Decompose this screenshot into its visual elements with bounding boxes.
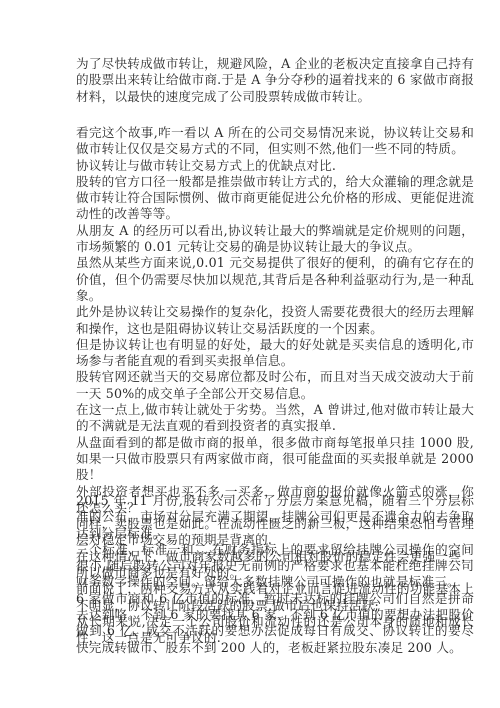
paragraph: 但是协议转让也有明显的好处，最大的好处就是买卖信息的透明化,市场参与者能直观的看…: [76, 337, 474, 370]
paragraph: 股转的官方口径一般都是推崇做市转让方式的，给大众灌输的理念就是做市转让符合国际惯…: [76, 174, 474, 223]
paragraph: 6 家做市商和 6 亿市值的标准，暂时未达标的挂牌公司们自然是拼命去达到咯。不到…: [76, 591, 474, 656]
paragraph: 三个标准，标准一和二,在财务指标上的要求留给挂牌公司操作的空间很小,随后股转公司…: [76, 542, 474, 591]
paragraph: 从盘面看到的都是做市商的报单，很多做市商每笔报单只挂 1000 股,如果一只做市…: [76, 435, 474, 484]
paragraph: 从朋友 A 的经历可以看出,协议转让最大的弊端就是定价规则的问题，市场频繁的 0…: [76, 223, 474, 256]
tiering-standards-block: 2015 年 11 月份,股转公司公布了分层方案意见稿，随着三个分层标准的公布，…: [76, 493, 474, 656]
paragraph: 虽然从某些方面来说,0.01 元交易提供了很好的便利，的确有它存在的价值，但个仍…: [76, 255, 474, 304]
intro-story-block: 为了尽快转成做市转让，规避风险，A 企业的老板决定直接拿自己持有的股票出来转让给…: [76, 56, 474, 105]
paragraph: 协议转让与做市转让交易方式上的优缺点对比.: [76, 158, 474, 174]
paragraph: 股转官网还就当天的交易席位都及时公布，而且对当天成交波动大于前一天 50%的成交…: [76, 369, 474, 402]
paragraph: 看完这个故事,咋一看以 A 所在的公司交易情况来说，协议转让交易和做市转让仅仅是…: [76, 125, 474, 158]
paragraph: 为了尽快转成做市转让，规避风险，A 企业的老板决定直接拿自己持有的股票出来转让给…: [76, 56, 474, 105]
paragraph: 2015 年 11 月份,股转公司公布了分层方案意见稿，随着三个分层标准的公布，…: [76, 493, 474, 542]
paragraph: 在这一点上,做市转让就处于劣势。当然，A 曾讲过,他对做市转让最大的不满就是无法…: [76, 402, 474, 435]
paragraph: 此外是协议转让交易操作的复杂化，投资人需要花费很大的经历去理解和操作，这也是阻碍…: [76, 304, 474, 337]
